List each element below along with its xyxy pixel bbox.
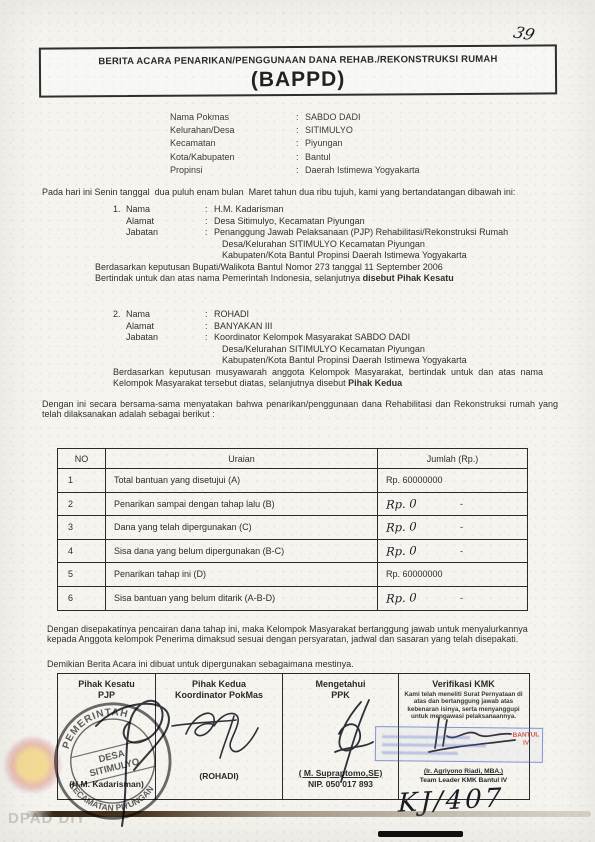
row-jumlah: Rp. 60000000 bbox=[386, 475, 443, 485]
field-value: Bantul bbox=[305, 152, 331, 162]
row-jumlah-handwritten: Rp. 0 bbox=[386, 586, 417, 611]
field-kota-kabupaten: Kota/Kabupaten:Bantul bbox=[170, 151, 420, 164]
dash: - bbox=[460, 587, 463, 611]
row-uraian: Sisa bantuan yang belum ditarik (A-B-D) bbox=[106, 587, 378, 611]
party2-jabatan-label: Jabatan bbox=[126, 332, 205, 344]
scanned-document-page: 39 BERITA ACARA PENARIKAN/PENGGUNAAN DAN… bbox=[0, 0, 595, 842]
table-row: 4 Sisa dana yang belum dipergunakan (B-C… bbox=[58, 540, 527, 564]
field-colon: : bbox=[296, 164, 305, 177]
handwritten-page-number: 39 bbox=[511, 23, 537, 45]
row-jumlah-handwritten: Rp. 0 bbox=[386, 492, 417, 517]
field-label: Kota/Kabupaten bbox=[170, 151, 296, 164]
party2-jabatan-row: Jabatan:Koordinator Kelompok Masyarakat … bbox=[95, 332, 547, 344]
field-value: SITIMULYO bbox=[305, 125, 353, 135]
party2-basis: Berdasarkan keputusan musyawarah anggota… bbox=[113, 367, 543, 390]
colon: : bbox=[205, 216, 214, 228]
row-no: 5 bbox=[58, 563, 106, 587]
party2-nama-label: Nama bbox=[126, 309, 205, 321]
party2-alamat-row: Alamat:BANYAKAN III bbox=[95, 321, 547, 333]
field-label: Kelurahan/Desa bbox=[170, 124, 296, 137]
party2-basis-text: Berdasarkan keputusan musyawarah anggota… bbox=[113, 367, 543, 389]
party1-jabatan-row: Jabatan:Penanggung Jawab Pelaksanaan (PJ… bbox=[95, 227, 547, 239]
party1-alamat-value: Desa Sitimulyo, Kecamatan Piyungan bbox=[214, 216, 365, 226]
party1-number: 1. bbox=[113, 204, 126, 216]
table-row: 3 Dana yang telah dipergunakan (C) Rp. 0… bbox=[58, 516, 527, 540]
table-row: 1 Total bantuan yang disetujui (A) Rp. 6… bbox=[58, 469, 527, 493]
stamp-faint-line bbox=[382, 751, 458, 755]
dash: - bbox=[460, 540, 463, 564]
colon: : bbox=[205, 332, 214, 344]
stamp-faint-line bbox=[382, 735, 470, 739]
party1-acting-text: Bertindak untuk dan atas nama Pemerintah… bbox=[95, 273, 363, 283]
row-no: 3 bbox=[58, 516, 106, 540]
party1-alamat-row: Alamat:Desa Sitimulyo, Kecamatan Piyunga… bbox=[95, 216, 547, 228]
colon: : bbox=[205, 204, 214, 216]
document-title-box: BERITA ACARA PENARIKAN/PENGGUNAAN DANA R… bbox=[39, 44, 557, 97]
field-kelurahan-desa: Kelurahan/Desa:SITIMULYO bbox=[170, 124, 420, 137]
row-jumlah-handwritten: Rp. 0 bbox=[386, 515, 417, 540]
opening-paragraph: Pada hari ini Senin tanggal dua puluh en… bbox=[42, 187, 515, 197]
party2-jabatan-line3: Kabupaten/Kota Bantul Propinsi Daerah Is… bbox=[222, 355, 547, 367]
field-nama-pokmas: Nama Pokmas:SABDO DADI bbox=[170, 111, 420, 124]
row-uraian: Total bantuan yang disetujui (A) bbox=[106, 469, 378, 493]
closing-paragraph-1: Dengan disepakatinya pencairan dana taha… bbox=[47, 624, 555, 644]
field-label: Nama Pokmas bbox=[170, 111, 296, 124]
party1-jabatan-line3: Kabupaten/Kota Bantul Propinsi Daerah Is… bbox=[222, 250, 547, 262]
table-row: 5 Penarikan tahap ini (D) Rp. 60000000 bbox=[58, 563, 527, 587]
party1-acting-bold: disebut Pihak Kesatu bbox=[363, 273, 454, 283]
row-uraian: Penarikan tahap ini (D) bbox=[106, 563, 378, 587]
field-value: Piyungan bbox=[305, 138, 343, 148]
party1-jabatan-line2: Desa/Kelurahan SITIMULYO Kecamatan Piyun… bbox=[222, 239, 547, 251]
party1-basis: Berdasarkan keputusan Bupati/Walikota Ba… bbox=[95, 262, 547, 274]
field-value: Daerah Istimewa Yogyakarta bbox=[305, 165, 420, 175]
colon: : bbox=[205, 309, 214, 321]
row-uraian: Penarikan sampai dengan tahap lalu (B) bbox=[106, 493, 378, 517]
party2-block: 2.Nama:ROHADI Alamat:BANYAKAN III Jabata… bbox=[95, 309, 547, 390]
party1-nama-label: Nama bbox=[126, 204, 205, 216]
row-no: 1 bbox=[58, 469, 106, 493]
closing-paragraph-2: Demikian Berita Acara ini dibuat untuk d… bbox=[47, 659, 555, 669]
party1-jabatan-label: Jabatan bbox=[126, 227, 205, 239]
kmk-verification-stamp: BANTUL IV bbox=[375, 726, 543, 763]
party1-nama-row: 1.Nama:H.M. Kadarisman bbox=[95, 204, 547, 216]
field-colon: : bbox=[296, 111, 305, 124]
party1-jabatan-value: Penanggung Jawab Pelaksanaan (PJP) Rehab… bbox=[214, 227, 508, 237]
row-no: 4 bbox=[58, 540, 106, 564]
party2-nama-value: ROHADI bbox=[214, 309, 249, 319]
party2-alamat-value: BANYAKAN III bbox=[214, 321, 272, 331]
document-title: BERITA ACARA PENARIKAN/PENGGUNAAN DANA R… bbox=[47, 53, 549, 67]
sig3-title: Mengetahui bbox=[283, 679, 398, 690]
signature-pihak-kedua bbox=[168, 702, 272, 766]
party1-alamat-label: Alamat bbox=[126, 216, 205, 228]
statement-paragraph: Dengan ini secara bersama-sama menyataka… bbox=[42, 399, 558, 419]
field-kecamatan: Kecamatan:Piyungan bbox=[170, 137, 420, 150]
dash: - bbox=[460, 516, 463, 540]
party2-jabatan-line2: Desa/Kelurahan SITIMULYO Kecamatan Piyun… bbox=[222, 344, 547, 356]
field-colon: : bbox=[296, 151, 305, 164]
party2-number: 2. bbox=[113, 309, 126, 321]
signature-ppk bbox=[309, 696, 379, 788]
pokmas-fields: Nama Pokmas:SABDO DADI Kelurahan/Desa:SI… bbox=[170, 111, 420, 177]
row-uraian: Dana yang telah dipergunakan (C) bbox=[106, 516, 378, 540]
signature-cell-pihak-kesatu: Pihak Kesatu PJP (H.M. Kadarisman) PEMER… bbox=[58, 674, 156, 799]
row-no: 2 bbox=[58, 493, 106, 517]
row-no: 6 bbox=[58, 587, 106, 611]
field-propinsi: Propinsi:Daerah Istimewa Yogyakarta bbox=[170, 164, 420, 177]
header-jumlah: Jumlah (Rp.) bbox=[378, 449, 527, 469]
field-colon: : bbox=[296, 124, 305, 137]
party2-basis-bold: Pihak Kedua bbox=[348, 378, 402, 388]
sig4-role: Team Leader KMK Bantul IV bbox=[399, 777, 528, 784]
field-colon: : bbox=[296, 137, 305, 150]
row-jumlah: Rp. 60000000 bbox=[386, 569, 443, 579]
party1-nama-value: H.M. Kadarisman bbox=[214, 204, 284, 214]
party2-nama-row: 2.Nama:ROHADI bbox=[95, 309, 547, 321]
stamp-corner-label: BANTUL IV bbox=[511, 731, 541, 747]
field-label: Propinsi bbox=[170, 164, 296, 177]
stamp-faint-line bbox=[382, 743, 486, 747]
document-subtitle: (BAPPD) bbox=[47, 66, 549, 93]
field-value: SABDO DADI bbox=[305, 112, 361, 122]
colon: : bbox=[205, 321, 214, 333]
funds-table-header: NO Uraian Jumlah (Rp.) bbox=[58, 449, 527, 469]
party2-jabatan-value: Koordinator Kelompok Masyarakat SABDO DA… bbox=[214, 332, 410, 342]
field-label: Kecamatan bbox=[170, 137, 296, 150]
header-uraian: Uraian bbox=[106, 449, 378, 469]
row-uraian: Sisa dana yang belum dipergunakan (B-C) bbox=[106, 540, 378, 564]
row-jumlah-handwritten: Rp. 0 bbox=[386, 539, 417, 564]
party2-alamat-label: Alamat bbox=[126, 321, 205, 333]
party1-acting: Bertindak untuk dan atas nama Pemerintah… bbox=[95, 273, 547, 285]
table-row: 2 Penarikan sampai dengan tahap lalu (B)… bbox=[58, 493, 527, 517]
sig4-name: (Ir. Agriyono Riadi, MBA.) bbox=[399, 768, 528, 775]
dash: - bbox=[460, 493, 463, 517]
sig4-title: Verifikasi KMK bbox=[399, 679, 528, 690]
colon: : bbox=[205, 227, 214, 239]
scan-black-bar-artifact bbox=[378, 831, 463, 837]
table-row: 6 Sisa bantuan yang belum ditarik (A-B-D… bbox=[58, 587, 527, 611]
funds-table: NO Uraian Jumlah (Rp.) 1 Total bantuan y… bbox=[57, 448, 528, 611]
party1-block: 1.Nama:H.M. Kadarisman Alamat:Desa Sitim… bbox=[95, 204, 547, 285]
header-no: NO bbox=[58, 449, 106, 469]
